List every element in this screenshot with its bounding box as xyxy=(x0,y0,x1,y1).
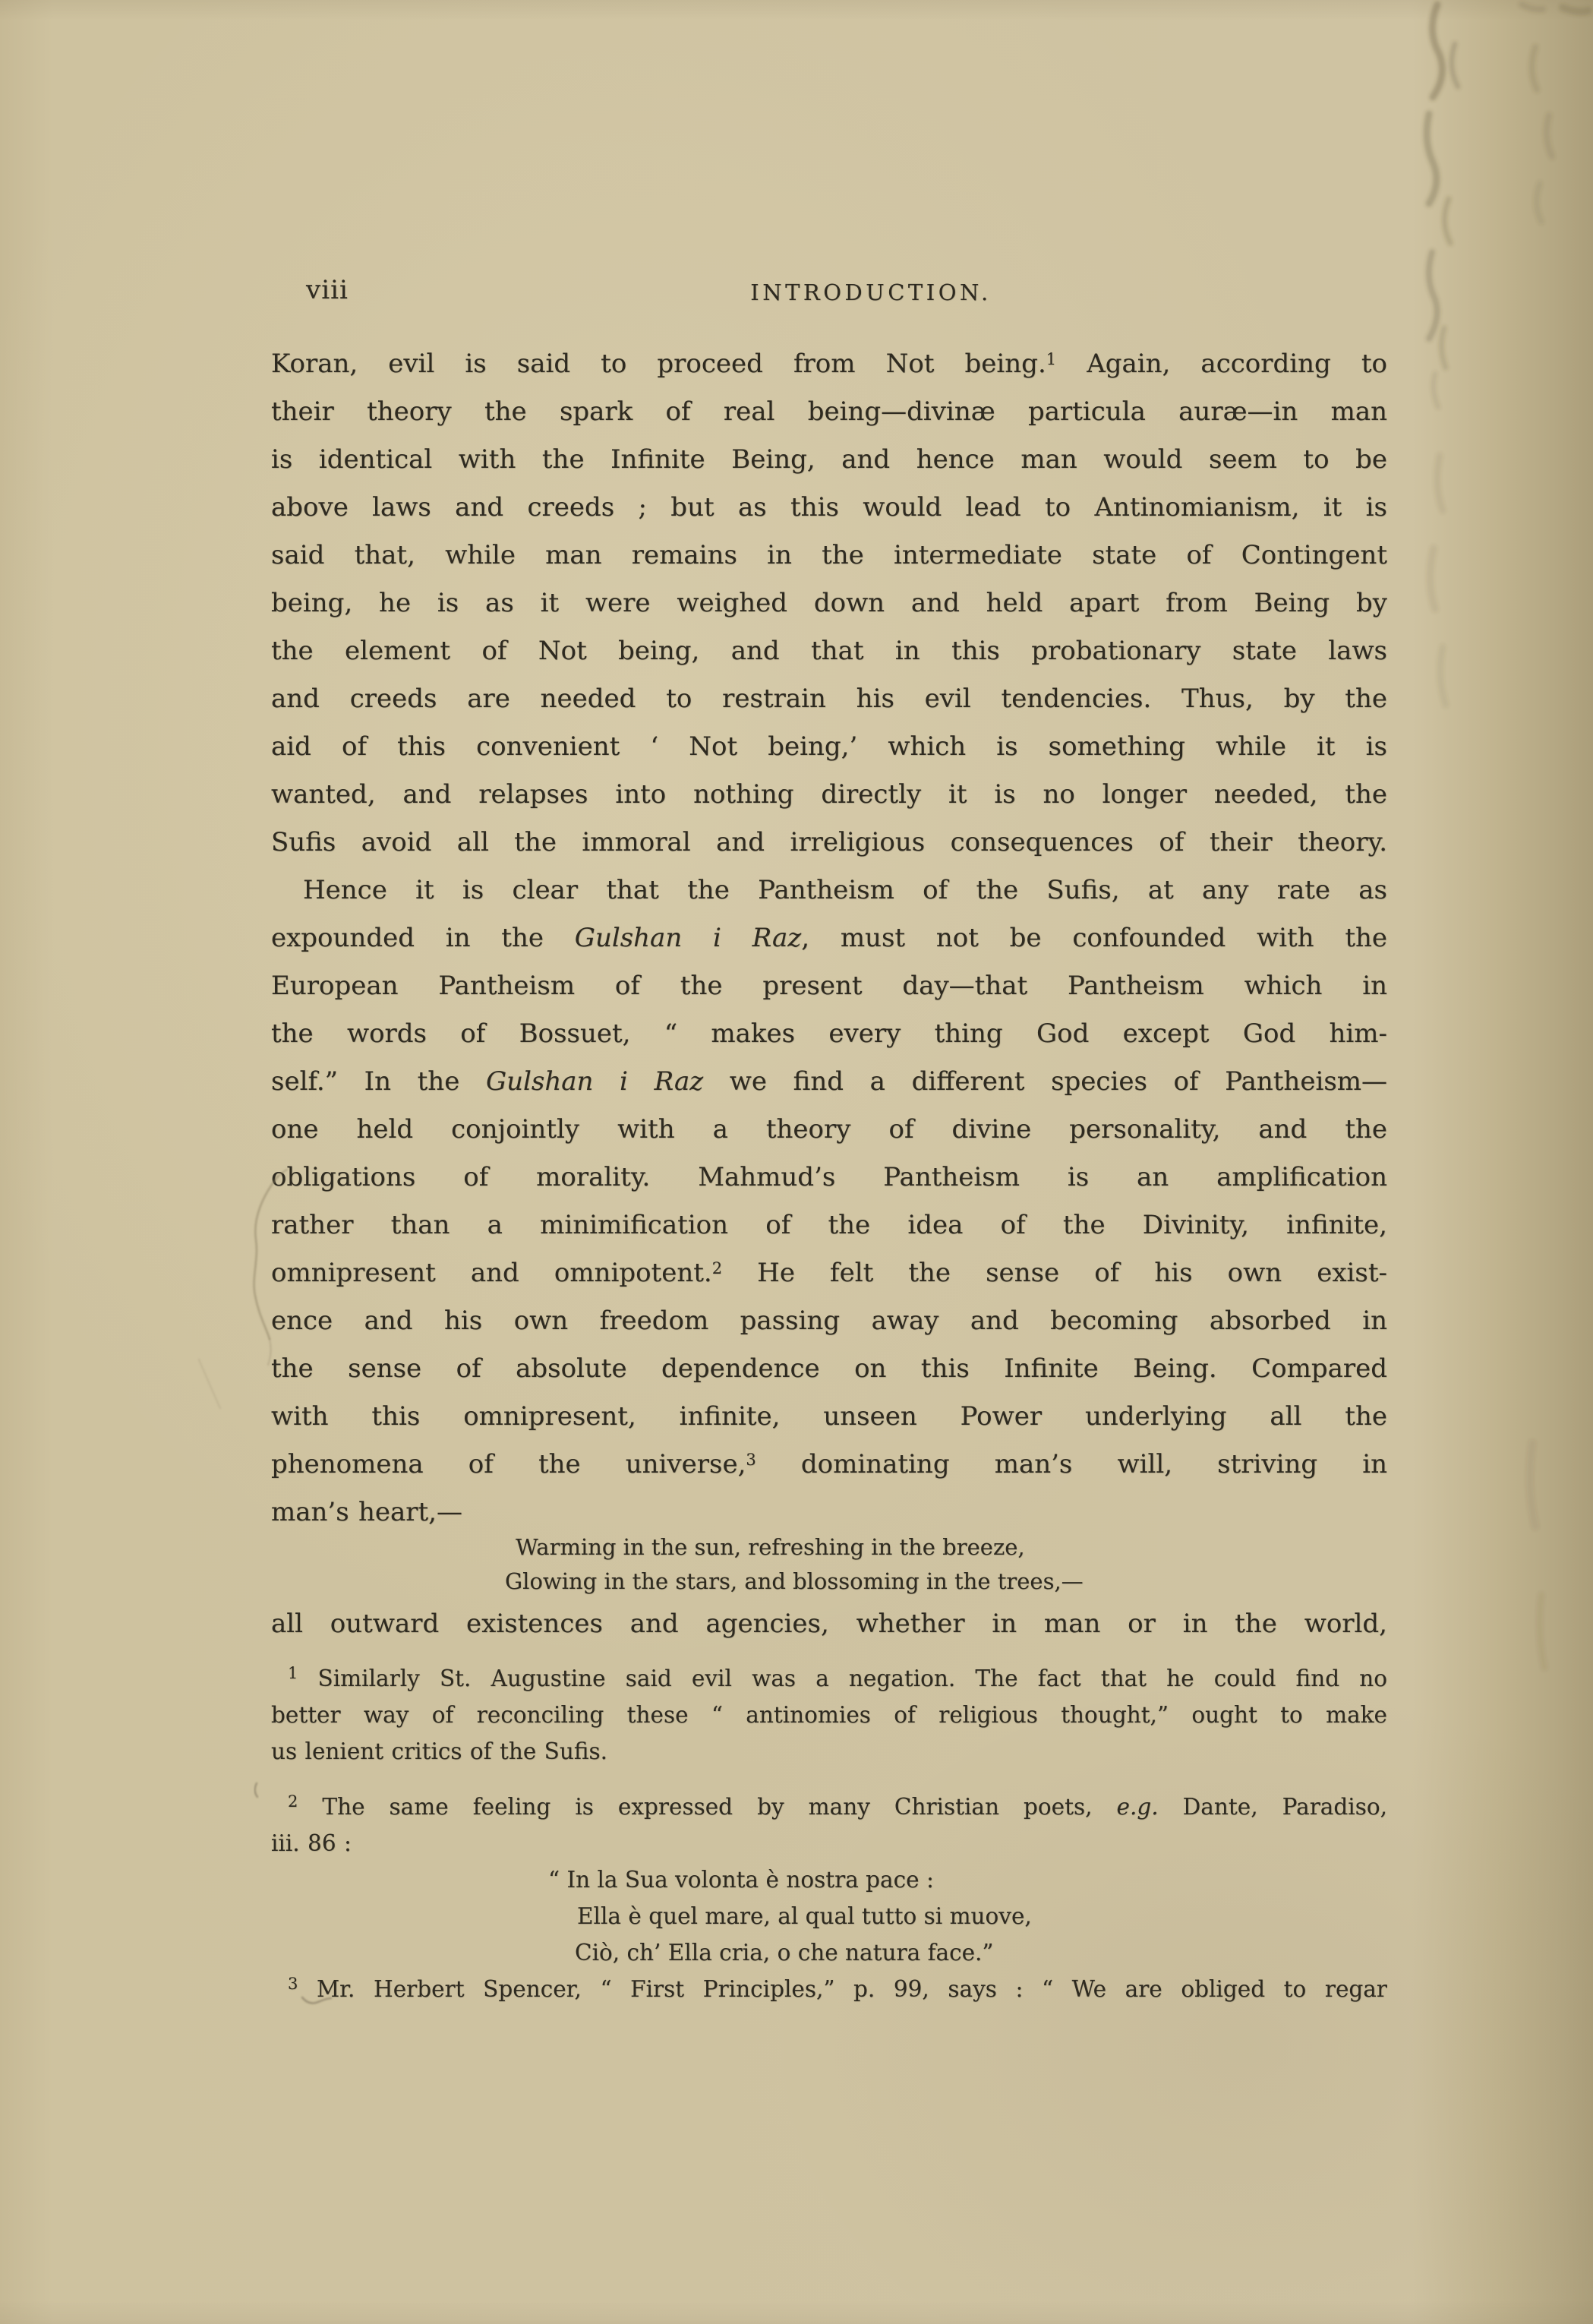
body-line: aid of this convenient ‘ Not being,’ whi… xyxy=(271,723,1387,771)
footnote-text: Dante, Paradiso, xyxy=(1159,1794,1387,1820)
body-line: rather than a minimification of the idea… xyxy=(271,1201,1387,1249)
body-text-block: Koran, evil is said to proceed from Not … xyxy=(271,340,1387,1648)
body-line: all outward existences and agencies, whe… xyxy=(271,1600,1387,1648)
body-line: above laws and creeds ; but as this woul… xyxy=(271,484,1387,532)
footnote-1-marker: 1 xyxy=(288,1664,298,1682)
book-title-italic: Gulshan i Raz xyxy=(486,1066,703,1097)
footnote-3-line: 3 Mr. Herbert Spencer, “ First Principle… xyxy=(271,1971,1387,2007)
body-text: omnipresent and omnipotent. xyxy=(271,1258,712,1288)
footnote-2-line: 2 The same feeling is expressed by many … xyxy=(271,1789,1387,1825)
body-line: the element of Not being, and that in th… xyxy=(271,627,1387,675)
body-line: the sense of absolute dependence on this… xyxy=(271,1345,1387,1393)
verse-quotation: Warming in the sun, refreshing in the br… xyxy=(271,1530,1387,1599)
body-line: obligations of morality. Mahmud’s Panthe… xyxy=(271,1154,1387,1201)
body-line: phenomena of the universe,3 dominating m… xyxy=(271,1441,1387,1489)
body-line: the words of Bossuet, “ makes every thin… xyxy=(271,1010,1387,1058)
footnote-quote-line: Ella è quel mare, al qual tutto si muove… xyxy=(577,1898,1387,1934)
body-line: being, he is as it were weighed down and… xyxy=(271,579,1387,627)
body-text: dominating man’s will, striving in xyxy=(756,1449,1387,1479)
body-line: said that, while man remains in the inte… xyxy=(271,532,1387,579)
body-text: Koran, evil is said to proceed from Not … xyxy=(271,349,1046,379)
body-line: Sufis avoid all the immoral and irreligi… xyxy=(271,819,1387,867)
footnote-ref-3: 3 xyxy=(746,1451,755,1469)
footnote-quote-line: “ In la Sua volonta è nostra pace : xyxy=(548,1861,1387,1898)
footnote-ref-2: 2 xyxy=(712,1259,722,1277)
body-line: their theory the spark of real being—div… xyxy=(271,388,1387,436)
body-line: with this omnipresent, infinite, unseen … xyxy=(271,1393,1387,1441)
footnote-1-line: better way of reconciling these “ antino… xyxy=(271,1697,1387,1733)
body-line: one held conjointly with a theory of div… xyxy=(271,1106,1387,1154)
footnote-1-line: us lenient critics of the Sufis. xyxy=(271,1733,1387,1770)
body-line: omnipresent and omnipotent.2 He felt the… xyxy=(271,1249,1387,1297)
body-line: man’s heart,— xyxy=(271,1489,1387,1536)
stray-pencil-mark xyxy=(255,1783,257,1797)
body-text: Again, according to xyxy=(1056,349,1387,379)
body-line: self.” In the Gulshan i Raz we find a di… xyxy=(271,1058,1387,1106)
footnote-3-marker: 3 xyxy=(288,1975,298,1993)
footnote-1-line: 1 Similarly St. Augustine said evil was … xyxy=(271,1660,1387,1697)
footnote-text: Mr. Herbert Spencer, “ First Principles,… xyxy=(298,1976,1387,2002)
body-line: is identical with the Infinite Being, an… xyxy=(271,436,1387,484)
body-line: ence and his own freedom passing away an… xyxy=(271,1297,1387,1345)
body-line: expounded in the Gulshan i Raz, must not… xyxy=(271,914,1387,962)
body-text: self.” In the xyxy=(271,1066,486,1097)
verse-line: Glowing in the stars, and blossoming in … xyxy=(505,1565,1387,1599)
ink-bleed-through-marks xyxy=(1427,5,1588,1668)
body-text: expounded in the xyxy=(271,923,575,953)
footnote-ref-1: 1 xyxy=(1046,350,1056,368)
page-header: viii INTRODUCTION. xyxy=(271,273,1387,310)
body-text: we find a different species of Pantheism… xyxy=(703,1066,1387,1097)
book-title-italic: Gulshan i Raz xyxy=(575,923,801,953)
footnotes-block: 1 Similarly St. Augustine said evil was … xyxy=(271,1660,1387,2007)
body-line: wanted, and relapses into nothing direct… xyxy=(271,771,1387,819)
footnote-text: Similarly St. Augustine said evil was a … xyxy=(298,1666,1387,1691)
body-text: , must not be confounded with the xyxy=(801,923,1387,953)
scanned-book-page: viii INTRODUCTION. Koran, evil is said t… xyxy=(0,0,1593,2324)
footnote-text: The same feeling is expressed by many Ch… xyxy=(298,1794,1116,1820)
footnote-2-line: iii. 86 : xyxy=(271,1825,1387,1861)
body-line: European Pantheism of the present day—th… xyxy=(271,962,1387,1010)
body-text: He felt the sense of his own exist- xyxy=(722,1258,1387,1288)
footnote-2-marker: 2 xyxy=(288,1792,298,1811)
verse-line: Warming in the sun, refreshing in the br… xyxy=(516,1530,1387,1565)
body-text: phenomena of the universe, xyxy=(271,1449,746,1479)
body-line-paragraph-start: Hence it is clear that the Pantheism of … xyxy=(271,867,1387,914)
abbreviation-italic: e.g. xyxy=(1117,1794,1159,1820)
body-line: and creeds are needed to restrain his ev… xyxy=(271,675,1387,723)
body-line: Koran, evil is said to proceed from Not … xyxy=(271,340,1387,388)
running-head-title: INTRODUCTION. xyxy=(313,276,1429,309)
footnote-quote-line: Ciò, ch’ Ella cria, o che natura face.” xyxy=(575,1934,1387,1971)
